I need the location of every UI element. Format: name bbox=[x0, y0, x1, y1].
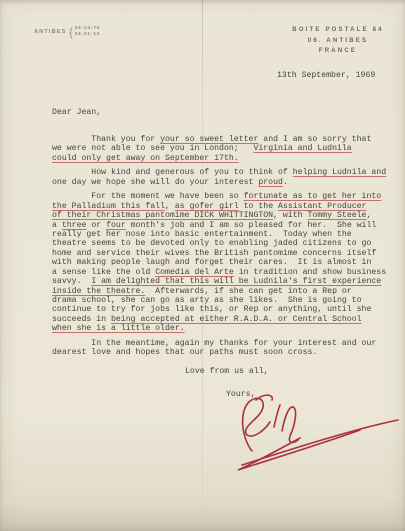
underlined-text: could only get away on September 17th. bbox=[52, 154, 239, 163]
text-segment: we were not able to see you in London; bbox=[52, 144, 253, 153]
text-segment: one day we hope she will do your interes… bbox=[52, 178, 258, 187]
letter-line: How kind and generous of you to think of… bbox=[52, 168, 382, 177]
underlined-text: inside the theatre. bbox=[52, 287, 145, 296]
underlined-text: when she is a little older. bbox=[52, 324, 185, 333]
address-line: BOITE POSTALE 84 bbox=[283, 25, 393, 36]
letter-line: For the moment we have been so fortunate… bbox=[52, 192, 382, 201]
text-segment: month's job and I am so pleased for her.… bbox=[126, 221, 377, 230]
text-segment: really get her nose into basic entertain… bbox=[52, 230, 352, 239]
letterhead-phone-numbers: 34-24-75 34-31-12 bbox=[75, 26, 101, 38]
underlined-text: Tommy Steele bbox=[308, 211, 367, 220]
signature bbox=[212, 391, 404, 479]
letter-body: Thank you for your so sweet letter and I… bbox=[52, 135, 382, 363]
paragraph: Thank you for your so sweet letter and I… bbox=[52, 135, 382, 163]
text-segment: , bbox=[366, 211, 371, 220]
letter-line: a sense like the old Comedia del Arte in… bbox=[52, 268, 382, 277]
text-segment: savvy. bbox=[52, 277, 91, 286]
text-segment: theatre seems to be devoted only to enab… bbox=[52, 239, 371, 248]
underlined-text: proud bbox=[258, 178, 283, 187]
closing-line: Love from us all, bbox=[185, 367, 269, 376]
underlined-text: I am delighted that this will be Ludnila… bbox=[91, 277, 381, 286]
paragraph: In the meantime, again my thanks for you… bbox=[52, 339, 382, 358]
text-segment: a bbox=[52, 221, 62, 230]
phone-number: 34-31-12 bbox=[75, 32, 101, 38]
text-segment: drama school, she can go as arty as she … bbox=[52, 296, 362, 305]
text-segment: Thank you for bbox=[52, 135, 160, 144]
letter-line: really get her nose into basic entertain… bbox=[52, 230, 382, 239]
letter-line: theatre seems to be devoted only to enab… bbox=[52, 239, 382, 248]
address-line: 06. ANTIBES bbox=[283, 36, 393, 47]
text-segment: or bbox=[86, 221, 106, 230]
underlined-text: helping Ludnila and bbox=[293, 168, 386, 177]
text-segment: a sense like the old bbox=[52, 268, 155, 277]
text-segment: , with bbox=[273, 211, 307, 220]
text-segment: Afterwards, if she can get into a Rep or bbox=[145, 287, 351, 296]
letter-line: continue to try for jobs like this, or R… bbox=[52, 305, 382, 314]
text-segment: How kind and generous of you to think of bbox=[52, 168, 293, 177]
text-segment: dearest love and hopes that our paths mu… bbox=[52, 348, 317, 357]
underlined-text: Comedia del Arte bbox=[155, 268, 234, 277]
underlined-text: your so sweet letter bbox=[160, 135, 258, 144]
salutation: Dear Jean, bbox=[52, 108, 101, 117]
text-segment: continue to try for jobs like this, or R… bbox=[52, 305, 371, 314]
letterhead-phone: ANTIBES { 34-24-75 34-31-12 bbox=[34, 26, 100, 38]
underlined-text: three bbox=[62, 221, 87, 230]
paragraph: How kind and generous of you to think of… bbox=[52, 168, 382, 187]
letter-line: of their Christmas pantomime DICK WHITTI… bbox=[52, 211, 382, 220]
text-segment: In the meantime, again my thanks for you… bbox=[52, 339, 376, 348]
letter-line: savvy. I am delighted that this will be … bbox=[52, 277, 382, 286]
text-segment: and I am so sorry that bbox=[258, 135, 371, 144]
underlined-text: fortunate as to get her into bbox=[244, 192, 382, 201]
underlined-text: being accepted at either R.A.D.A. or Cen… bbox=[111, 315, 362, 324]
paragraph: For the moment we have been so fortunate… bbox=[52, 192, 382, 334]
underlined-text: of their Christmas pantomime DICK WHITTI… bbox=[52, 211, 273, 220]
text-segment: with making people laugh and forget thei… bbox=[52, 258, 371, 267]
brace-glyph: { bbox=[69, 26, 72, 38]
letter-line: we were not able to see you in London; V… bbox=[52, 144, 382, 153]
letter-line: home and service their wives the British… bbox=[52, 249, 382, 258]
text-segment: For the moment we have been so bbox=[52, 192, 244, 201]
text-segment: , bbox=[165, 202, 175, 211]
text-segment: in tradition and show business bbox=[234, 268, 386, 277]
letterhead-phone-label: ANTIBES bbox=[34, 29, 67, 35]
underlined-text: as gofer girl bbox=[175, 202, 239, 211]
text-segment: to the bbox=[239, 202, 278, 211]
address-line: FRANCE bbox=[283, 46, 393, 57]
letter-line: when she is a little older. bbox=[52, 324, 382, 333]
underlined-text: Virginia and Ludnila bbox=[253, 144, 351, 153]
letter-line: could only get away on September 17th. bbox=[52, 154, 382, 163]
letter-line: succeeds in being accepted at either R.A… bbox=[52, 315, 382, 324]
text-segment: succeeds in bbox=[52, 315, 111, 324]
underlined-text: the Palladium this fall bbox=[52, 202, 165, 211]
underlined-text: Assistant Producer bbox=[278, 202, 366, 211]
underlined-text: four bbox=[106, 221, 126, 230]
letter-date: 13th September, 1969 bbox=[277, 71, 375, 80]
text-segment: home and service their wives the British… bbox=[52, 249, 376, 258]
letter-line: inside the theatre. Afterwards, if she c… bbox=[52, 287, 382, 296]
letter-line: one day we hope she will do your interes… bbox=[52, 178, 382, 187]
letter-page: ANTIBES { 34-24-75 34-31-12 BOITE POSTAL… bbox=[0, 0, 405, 531]
text-segment: . bbox=[283, 178, 288, 187]
letter-line: with making people laugh and forget thei… bbox=[52, 258, 382, 267]
letter-line: the Palladium this fall, as gofer girl t… bbox=[52, 202, 382, 211]
letter-line: In the meantime, again my thanks for you… bbox=[52, 339, 382, 348]
letter-line: a three or four month's job and I am so … bbox=[52, 221, 382, 230]
letterhead-address: BOITE POSTALE 84 06. ANTIBES FRANCE bbox=[283, 25, 393, 57]
letter-line: dearest love and hopes that our paths mu… bbox=[52, 348, 382, 357]
